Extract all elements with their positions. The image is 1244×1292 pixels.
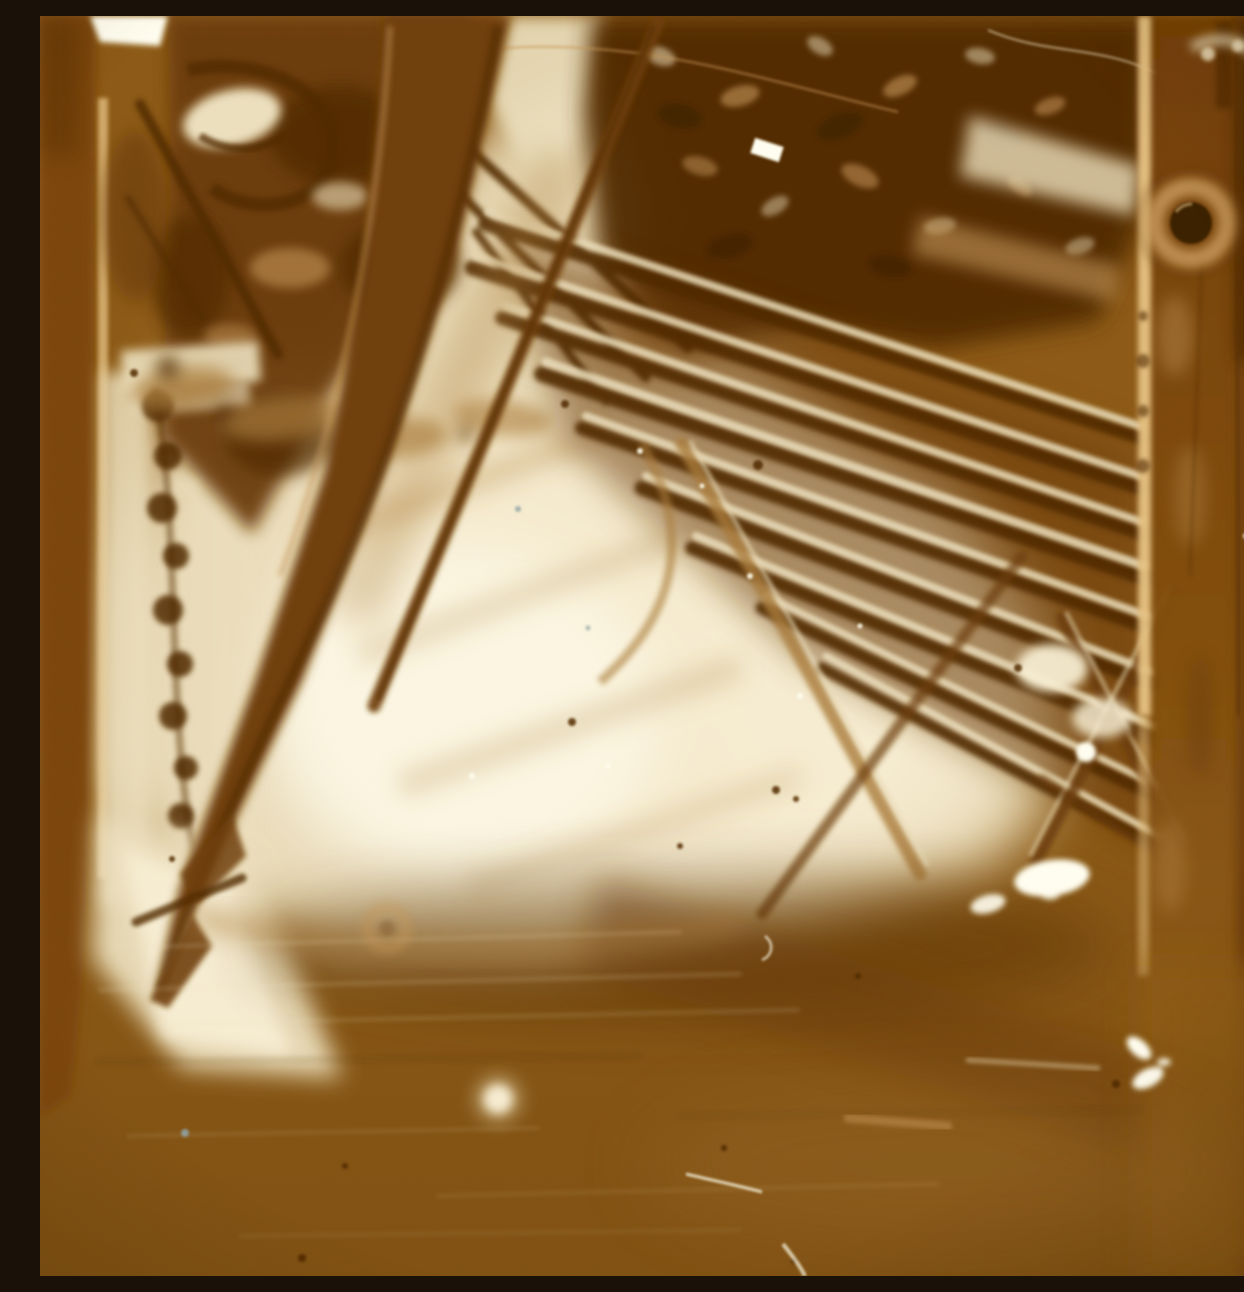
grain-vignette xyxy=(40,16,1244,1276)
vintage-sepia-photo xyxy=(40,16,1244,1276)
photo-canvas xyxy=(40,16,1244,1276)
